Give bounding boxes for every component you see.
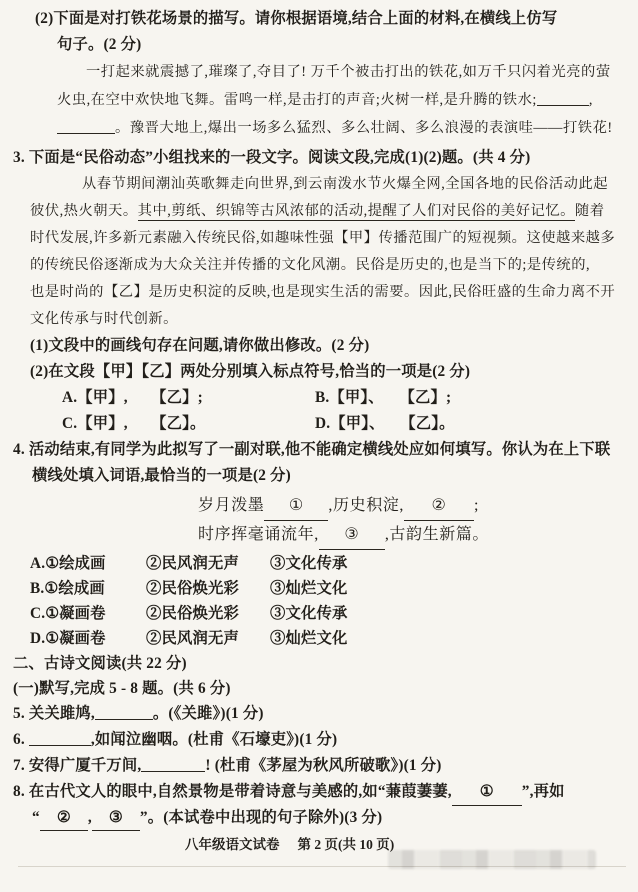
q8-text-line1-end: ”,再如 [522,783,565,800]
q8-blank-3: ③ [92,805,140,831]
q7-text-post: ! (杜甫《茅屋为秋风所破歌》)(1 分) [205,757,441,774]
q2-passage-line1: 一打起来就震撼了,璀璨了,夺目了! 万千个被击打出的铁花,如万千只闪着光亮的萤 [0,58,638,86]
couplet-l1-text1: 岁月泼墨 [198,497,264,514]
section2-heading: 二、古诗文阅读(共 22 分) [0,651,638,676]
q4-option-b-3: ③灿烂文化 [270,576,348,601]
q3-option-b: B.【甲】、 【乙】; [315,385,568,411]
q3-passage-line2-pre: 彼伏,热火朝天。 [30,203,138,219]
couplet-blank-2: ② [404,491,474,521]
q2-stem-line2: 句子。(2 分) [0,32,638,58]
scan-smudge-artifact [388,850,596,869]
q3-passage-line3: 时代发展,许多新元素融入传统民俗,如趣味性强【甲】传播范围广的短视频。这使越来越… [0,225,638,252]
q4-option-c-2: ②民俗焕光彩 [146,601,270,626]
q3-subquestion-2: (2)在文段【甲】【乙】两处分别填入标点符号,恰当的一项是(2 分) [0,359,638,385]
q2-passage-line2-end: , [589,92,593,108]
q4-option-b-2: ②民俗焕光彩 [146,576,270,601]
q2-passage-line3-text: 。豫晋大地上,爆出一场多么猛烈、多么壮阔、多么浪漫的表演哇——打铁花! [115,120,613,136]
q7-blank [141,757,205,772]
couplet-line2: 时序挥毫诵流年,③,古韵生新篇。 [0,520,638,549]
q3-option-c: C.【甲】, 【乙】。 [62,411,315,437]
q4-option-row-a: A.①绘成画 ②民风润无声 ③文化传承 [0,551,638,576]
q8-text-line1: 8. 在古代文人的眼中,自然景物是带着诗意与美感的,如“蒹葭萋萋, [13,783,452,800]
q4-option-row-c: C.①凝画卷 ②民俗焕光彩 ③文化传承 [0,601,638,626]
q3-option-row-2: C.【甲】, 【乙】。 D.【甲】、 【乙】。 [0,411,638,437]
q4-stem-line2: 横线处填入词语,最恰当的一项是(2 分) [0,463,638,489]
footer-page-number: 第 2 页(共 10 页) [298,837,395,852]
q4-option-row-b: B.①绘成画 ②民俗焕光彩 ③灿烂文化 [0,576,638,601]
q8-blank-2: ② [40,805,88,831]
q4-option-d-1: D.①凝画卷 [30,626,146,651]
q2-passage-line2: 火虫,在空中欢快地飞舞。雷鸣一样,是击打的声音;火树一样,是升腾的铁水;, [0,86,638,114]
couplet-l1-text3: ; [474,497,479,514]
q7-text-pre: 7. 安得广厦千万间, [13,757,141,774]
q4-option-d-3: ③灿烂文化 [270,626,348,651]
q5-line: 5. 关关雎鸠,。(《关雎》)(1 分) [0,701,638,727]
q4-option-row-d: D.①凝画卷 ②民风润无声 ③灿烂文化 [0,626,638,651]
q3-option-a: A.【甲】, 【乙】; [62,385,315,411]
couplet-blank-1: ① [264,491,328,521]
q6-blank [29,731,91,746]
couplet-l2-text1: 时序挥毫诵流年, [198,526,319,543]
q3-passage-line5: 也是时尚的【乙】是历史积淀的反映,也是现实生活的需要。因此,民俗旺盛的生命力离不… [0,279,638,306]
q8-text-line2-end: ”。(本试卷中出现的句子除外)(3 分) [140,809,382,826]
q8-blank-1: ① [452,779,522,806]
q3-underlined-sentence: 其中,剪纸、织锦等古风浓郁的活动,提醒了人们对民俗的美好记忆。 [138,203,575,221]
q5-blank [95,705,153,720]
q6-text-post: ,如闻泣幽咽。(杜甫《石壕吏》)(1 分) [91,731,337,748]
q4-option-c-3: ③文化传承 [270,601,348,626]
q3-passage-line2: 彼伏,热火朝天。其中,剪纸、织锦等古风浓郁的活动,提醒了人们对民俗的美好记忆。随… [0,198,638,225]
q8-quote-open: “ [32,809,40,826]
q6-number: 6. [13,731,29,748]
q3-passage-line2-post: 随着 [575,203,605,219]
q4-stem-line1: 4. 活动结束,有同学为此拟写了一副对联,他不能确定横线处应如何填写。你认为在上… [0,437,638,463]
q3-subquestion-1: (1)文段中的画线句存在问题,请你做出修改。(2 分) [0,333,638,359]
q3-option-d: D.【甲】、 【乙】。 [315,411,568,437]
q8-line1: 8. 在古代文人的眼中,自然景物是带着诗意与美感的,如“蒹葭萋萋,①”,再如 [0,779,638,805]
q3-passage-line4: 的传统民俗逐渐成为大众关注并传播的文化风潮。民俗是历史的,也是当下的;是传统的, [0,252,638,279]
q2-blank-2 [57,119,115,134]
q4-option-d-2: ②民风润无声 [146,626,270,651]
q5-text-post: 。(《关雎》)(1 分) [153,705,264,722]
q6-line: 6. ,如闻泣幽咽。(杜甫《石壕吏》)(1 分) [0,727,638,753]
q2-blank-1 [537,91,589,106]
q4-option-b-1: B.①绘成画 [30,576,146,601]
q3-passage-line6: 文化传承与时代创新。 [0,306,638,333]
couplet-l2-text2: ,古韵生新篇。 [385,526,489,543]
q2-stem-line1: (2)下面是对打铁花场景的描写。请你根据语境,结合上面的材料,在横线上仿写 [0,6,638,32]
q4-option-a-2: ②民风润无声 [146,551,270,576]
q2-passage-line3: 。豫晋大地上,爆出一场多么猛烈、多么壮阔、多么浪漫的表演哇——打铁花! [0,114,638,142]
q5-text-pre: 5. 关关雎鸠, [13,705,95,722]
q4-option-c-1: C.①凝画卷 [30,601,146,626]
q4-option-a-1: A.①绘成画 [30,551,146,576]
q8-line2: “②,③”。(本试卷中出现的句子除外)(3 分) [0,805,638,830]
exam-paper-page: (2)下面是对打铁花场景的描写。请你根据语境,结合上面的材料,在横线上仿写 句子… [0,0,638,892]
q3-stem: 3. 下面是“民俗动态”小组找来的一段文字。阅读文段,完成(1)(2)题。(共 … [0,144,638,171]
q7-line: 7. 安得广厦千万间,! (杜甫《茅屋为秋风所破歌》)(1 分) [0,753,638,779]
dictation-heading: (一)默写,完成 5 - 8 题。(共 6 分) [0,676,638,701]
couplet-line1: 岁月泼墨①,历史积淀,②; [0,491,638,520]
q4-option-a-3: ③文化传承 [270,551,348,576]
couplet-blank-3: ③ [319,520,385,550]
q2-passage-line2-text: 火虫,在空中欢快地飞舞。雷鸣一样,是击打的声音;火树一样,是升腾的铁水; [57,92,537,108]
footer-title: 八年级语文试卷 [185,837,280,852]
q3-passage-line1: 从春节期间潮汕英歌舞走向世界,到云南泼水节火爆全网,全国各地的民俗活动此起 [0,171,638,198]
couplet-l1-text2: ,历史积淀, [328,497,404,514]
q3-option-row-1: A.【甲】, 【乙】; B.【甲】、 【乙】; [0,385,638,411]
